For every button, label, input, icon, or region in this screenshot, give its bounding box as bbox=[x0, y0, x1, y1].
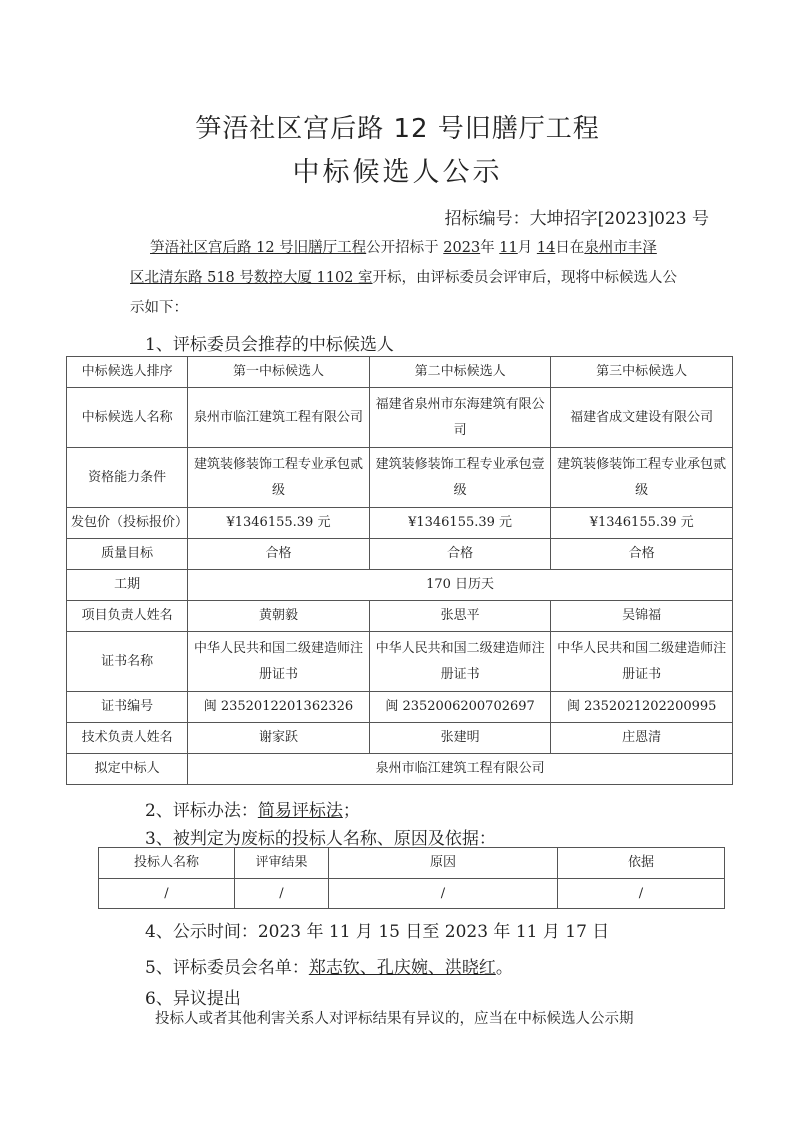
rejected-bidders-table: 投标人名称 评审结果 原因 依据 / / / / bbox=[98, 847, 725, 909]
section-6-text: 投标人或者其他利害关系人对评标结果有异议的，应当在中标候选人公示期 bbox=[155, 1007, 634, 1028]
section-3-heading: 3、被判定为废标的投标人名称、原因及依据： bbox=[145, 824, 496, 849]
intro-line-3: 示如下： bbox=[130, 293, 690, 323]
table-row: 技术负责人姓名 谢家跃 张建明 庄恩清 bbox=[67, 723, 733, 754]
table-row: 项目负责人姓名 黄朝毅 张思平 吴锦福 bbox=[67, 601, 733, 632]
table-row: 工期 170 日历天 bbox=[67, 570, 733, 601]
section-2: 2、评标办法：简易评标法； bbox=[145, 796, 360, 821]
intro-line-2: 区北清东路 518 号数控大厦 1102 室开标，由评标委员会评审后，现将中标候… bbox=[130, 263, 700, 293]
table-row: 证书编号 闽 2352012201362326 闽 23520062007026… bbox=[67, 692, 733, 723]
section-5: 5、评标委员会名单：郑志钦、孔庆婉、洪晓红。 bbox=[145, 953, 513, 978]
table-row: 中标候选人名称 泉州市临江建筑工程有限公司 福建省泉州市东海建筑有限公司 福建省… bbox=[67, 388, 733, 448]
table-row: 资格能力条件 建筑装修装饰工程专业承包贰级 建筑装修装饰工程专业承包壹级 建筑装… bbox=[67, 448, 733, 508]
project-name: 笋浯社区宫后路 12 号旧膳厅工程 bbox=[150, 240, 366, 256]
section-4-publicity-period: 4、公示时间：2023 年 11 月 15 日至 2023 年 11 月 17 … bbox=[145, 917, 609, 942]
intro-line-1: 笋浯社区宫后路 12 号旧膳厅工程公开招标于 2023年 11月 14日在泉州市… bbox=[150, 233, 710, 263]
table-row: 中标候选人排序 第一中标候选人 第二中标候选人 第三中标候选人 bbox=[67, 357, 733, 388]
proposed-winner: 泉州市临江建筑工程有限公司 bbox=[188, 754, 733, 785]
table-row: / / / / bbox=[99, 879, 725, 909]
opening-location: 泉州市丰泽 bbox=[584, 240, 657, 256]
table-row: 拟定中标人 泉州市临江建筑工程有限公司 bbox=[67, 754, 733, 785]
evaluation-method: 简易评标法 bbox=[258, 801, 343, 821]
committee-members: 郑志钦、孔庆婉、洪晓红 bbox=[309, 958, 496, 978]
table-header-row: 投标人名称 评审结果 原因 依据 bbox=[99, 848, 725, 879]
document-title: 笋浯社区宫后路 12 号旧膳厅工程 bbox=[0, 108, 795, 145]
tender-reference-number: 招标编号：大坤招字[2023]023 号 bbox=[445, 204, 709, 229]
candidates-table: 中标候选人排序 第一中标候选人 第二中标候选人 第三中标候选人 中标候选人名称 … bbox=[66, 356, 733, 785]
table-row: 证书名称 中华人民共和国二级建造师注册证书 中华人民共和国二级建造师注册证书 中… bbox=[67, 632, 733, 692]
section-6-heading: 6、异议提出 bbox=[145, 984, 241, 1009]
section-1-heading: 1、评标委员会推荐的中标候选人 bbox=[145, 330, 394, 355]
table-row: 质量目标 合格 合格 合格 bbox=[67, 539, 733, 570]
document-subtitle: 中标候选人公示 bbox=[0, 150, 795, 189]
table-row: 发包价（投标报价） ¥1346155.39 元 ¥1346155.39 元 ¥1… bbox=[67, 508, 733, 539]
construction-period: 170 日历天 bbox=[188, 570, 733, 601]
